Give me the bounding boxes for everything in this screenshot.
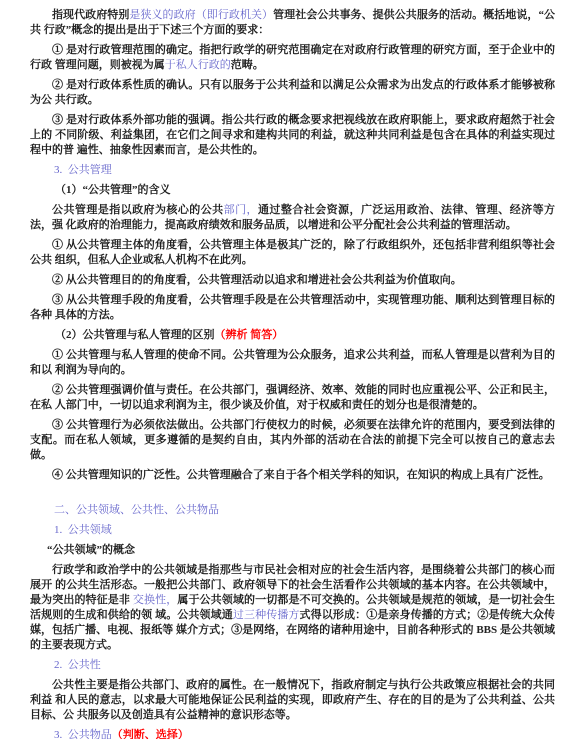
numbered-item: ③ 是对行政体系外部功能的强调。指公共行政的概念要求把视线放在政府职能上，要求政…	[30, 113, 555, 158]
text-run: ② 公共管理强调价值与责任。在公共部门，强调经济、效率、效能的同时也应重视公平、…	[30, 384, 555, 411]
numbered-item: ② 从公共管理目的的角度看，公共管理活动以追求和增进社会公共利益为价值取向。	[30, 273, 555, 288]
highlight-run: 交换性，	[133, 594, 177, 606]
text-run: 公共管理是指以政府为核心的公共	[52, 204, 224, 216]
numbered-item: ③ 从公共管理手段的角度看，公共管理手段是在公共管理活动中，实现管理功能、顺利达…	[30, 293, 555, 323]
paragraph: 指现代政府特别是狭义的政府（即行政机关）管理社会公共事务、提供公共服务的活动。概…	[30, 8, 555, 38]
section-heading: 3. 公共物品（判断、选择）	[30, 728, 555, 739]
paragraph: 公共性主要是指公共部门、政府的属性。在一般情况下，指政府制定与执行公共政策应根据…	[30, 678, 555, 723]
text-run: ② 从公共管理目的的角度看，公共管理活动以追求和增进社会公共利益为价值取向。	[52, 274, 462, 286]
chapter-heading: 二、公共领域、公共性、公共物品	[30, 503, 555, 518]
text-run: 指现代政府特别	[52, 9, 129, 21]
exam-tag: （辨析 简答）	[215, 329, 284, 341]
section-heading: 2. 公共性	[30, 658, 555, 673]
numbered-item: ② 是对行政体系性质的确认。只有以服务于公共利益和以满足公众需求为出发点的行政体…	[30, 78, 555, 108]
text-run: 范畴。	[231, 59, 264, 71]
numbered-item: ③ 公共管理行为必须依法做出。公共部门行使权力的时候，必须要在法律允许的范围内，…	[30, 418, 555, 463]
numbered-item: ① 是对行政管理范围的确定。指把行政学的研究范围确定在对政府行政管理的研究方面，…	[30, 43, 555, 73]
highlight-run: 部门，	[224, 204, 258, 216]
heading-text: （2）公共管理与私人管理的区别	[55, 329, 215, 341]
text-run: ③ 从公共管理手段的角度看，公共管理手段是在公共管理活动中，实现管理功能、顺利达…	[30, 294, 555, 321]
paragraph: 行政学和政治学中的公共领域是指那些与市民社会相对应的社会生活内容，是围绕着公共部…	[30, 563, 555, 653]
section-heading: 3. 公共管理	[30, 163, 555, 178]
text-run: ③ 是对行政体系外部功能的强调。指公共行政的概念要求把视线放在政府职能上，要求政…	[30, 114, 555, 156]
heading-text: 二、公共领域、公共性、公共物品	[54, 504, 219, 516]
numbered-item: ② 公共管理强调价值与责任。在公共部门，强调经济、效率、效能的同时也应重视公平、…	[30, 383, 555, 413]
document-page: 指现代政府特别是狭义的政府（即行政机关）管理社会公共事务、提供公共服务的活动。概…	[0, 0, 582, 739]
highlight-run: 于私人行政的	[165, 59, 231, 71]
exam-tag: （判断、选择）	[112, 729, 189, 739]
section-heading: 1. 公共领域	[30, 523, 555, 538]
highlight-run: 是狭义的政府（即行政机关）	[129, 9, 273, 21]
numbered-item: ④ 公共管理知识的广泛性。公共管理融合了来自于各个相关学科的知识，在知识的构成上…	[30, 468, 555, 483]
text-run: ② 是对行政体系性质的确认。只有以服务于公共利益和以满足公众需求为出发点的行政体…	[30, 79, 555, 106]
text-run: ④ 公共管理知识的广泛性。公共管理融合了来自于各个相关学科的知识，在知识的构成上…	[52, 469, 550, 481]
numbered-item: ① 公共管理与私人管理的使命不同。公共管理为公众服务，追求公共利益，而私人管理是…	[30, 348, 555, 378]
text-run: ① 公共管理与私人管理的使命不同。公共管理为公众服务，追求公共利益，而私人管理是…	[30, 349, 555, 376]
paragraph: 公共管理是指以政府为核心的公共部门，通过整合社会资源，广泛运用政治、法律、管理、…	[30, 203, 555, 233]
heading-text: 3. 公共物品	[54, 729, 112, 739]
text-run: 公共性主要是指公共部门、政府的属性。在一般情况下，指政府制定与执行公共政策应根据…	[30, 679, 555, 721]
text-run: ③ 公共管理行为必须依法做出。公共部门行使权力的时候，必须要在法律允许的范围内，…	[30, 419, 555, 461]
heading-text: 1. 公共领域	[54, 524, 112, 536]
heading-text: 2. 公共性	[54, 659, 101, 671]
sub-heading: （1）“公共管理”的含义	[30, 183, 555, 198]
heading-text: 3. 公共管理	[54, 164, 112, 176]
sub-heading: “公共领域”的概念	[30, 543, 555, 558]
heading-text: （1）“公共管理”的含义	[55, 184, 171, 196]
text-run: ① 从公共管理主体的角度看，公共管理主体是极其广泛的，除了行政组织外，还包括非营…	[30, 239, 555, 266]
heading-text: “公共领域”的概念	[47, 544, 135, 556]
sub-heading: （2）公共管理与私人管理的区别（辨析 简答）	[30, 328, 555, 343]
text-run: ① 是对行政管理范围的确定。指把行政学的研究范围确定在对政府行政管理的研究方面，…	[30, 44, 555, 71]
highlight-run: 过三种传播方	[233, 609, 300, 621]
numbered-item: ① 从公共管理主体的角度看，公共管理主体是极其广泛的，除了行政组织外，还包括非营…	[30, 238, 555, 268]
